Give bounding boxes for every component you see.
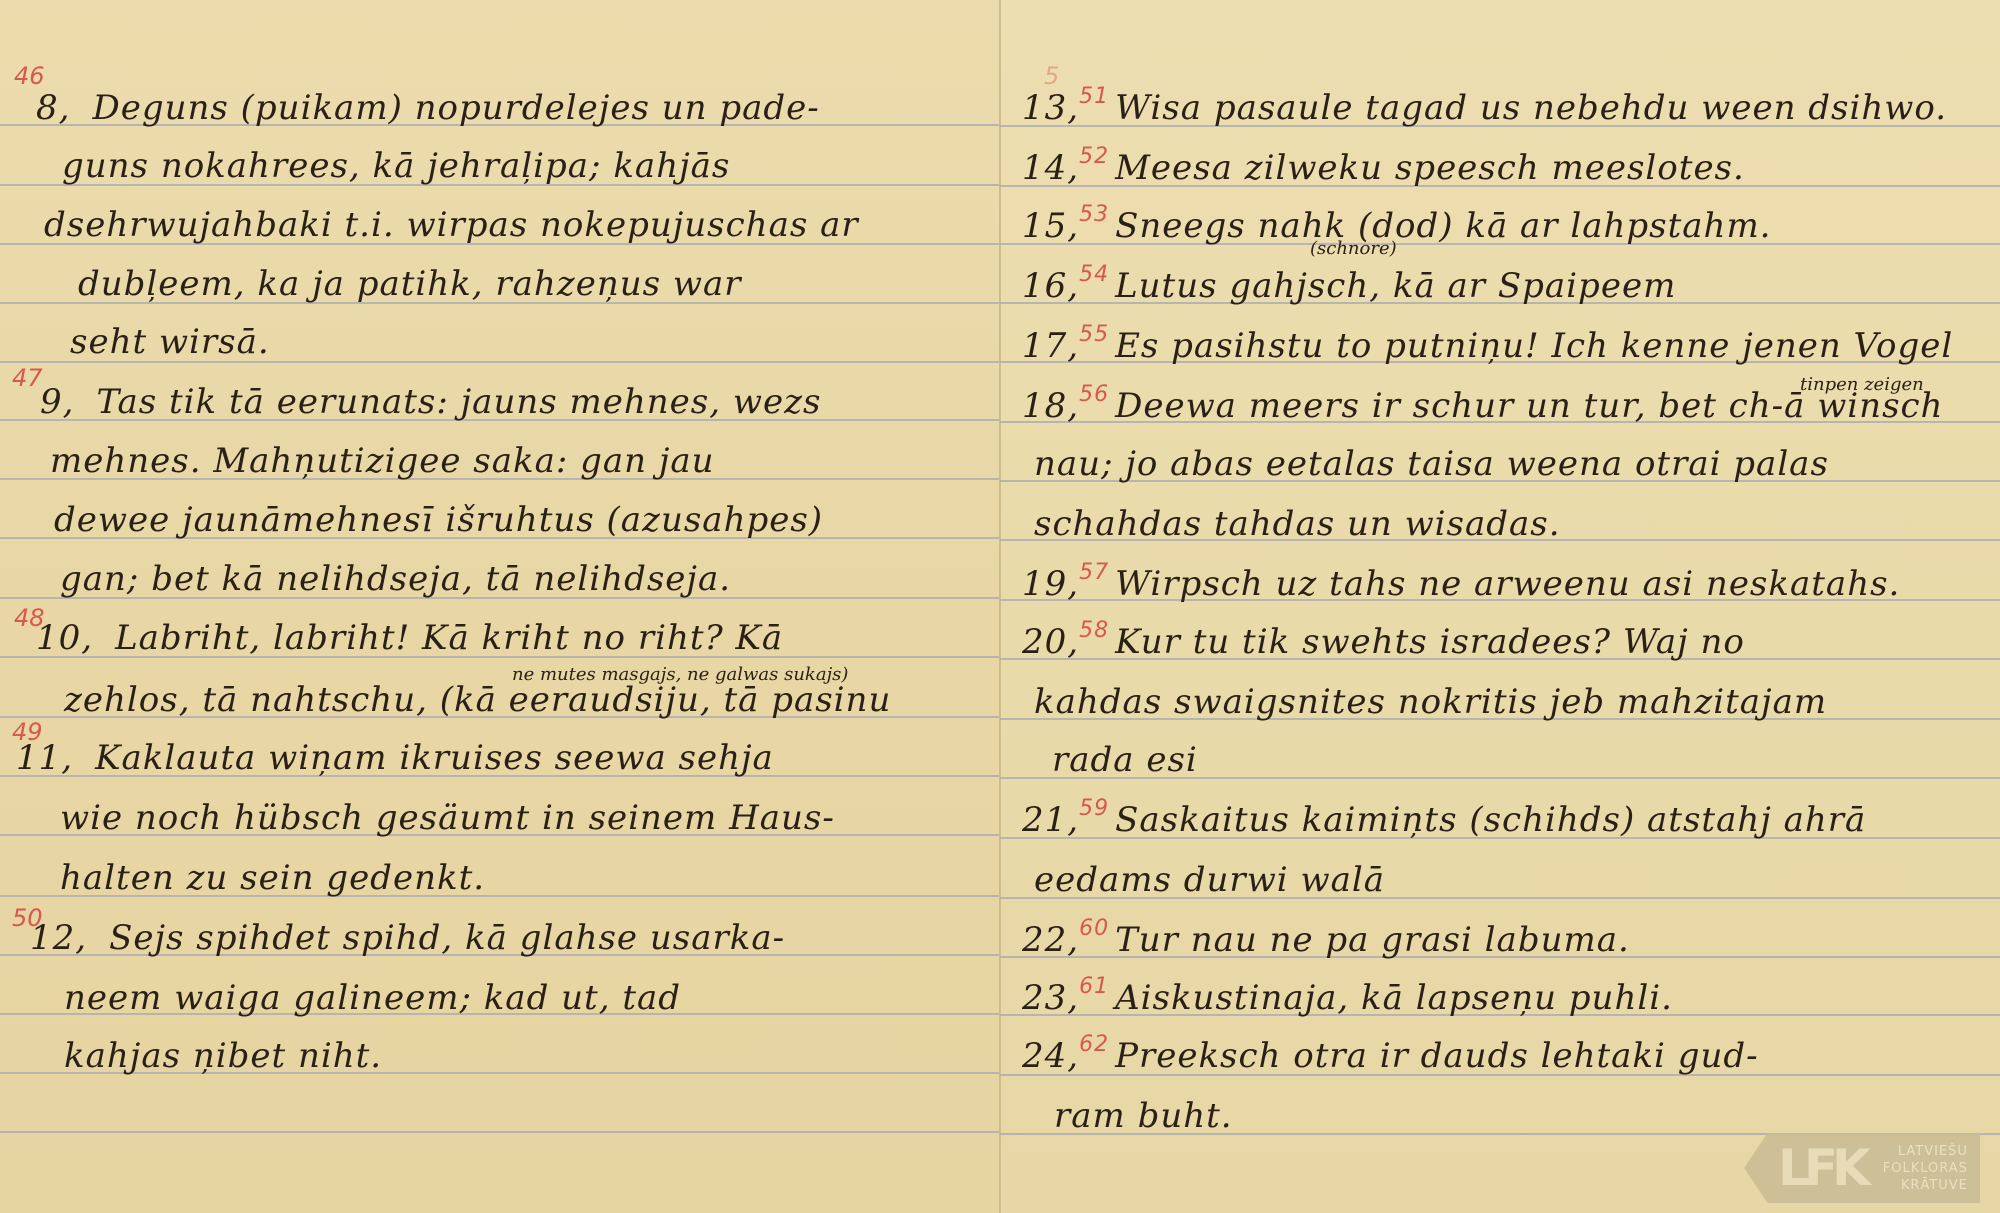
entry-line: gan; bet kā nelihdseja, tā nelihdseja. (60, 559, 731, 599)
watermark-text: LATVIEŠU FOLKLORAS KRĀTUVE (1883, 1143, 1968, 1194)
archive-ref-number: 46 (14, 62, 45, 90)
entry-line: rada esi (1052, 740, 1198, 780)
entry-line: 12,Sejs spihdet spihd, kā glahse usarka- (30, 918, 785, 958)
entry-line: ram buht. (1054, 1096, 1233, 1136)
entry-line: kahdas swaigsnites nokritis jeb mahzitaj… (1034, 682, 1827, 722)
entry-line: 18,56Deewa meers ir schur un tur, bet ch… (1022, 386, 1943, 426)
entry-line: 10,Labriht, labriht! Kā kriht no riht? K… (36, 618, 783, 658)
entry-number: 8, (36, 88, 70, 128)
entry-number: 10, (36, 618, 93, 658)
entry-line: 13,51Wisa pasaule tagad us nebehdu ween … (1022, 88, 1947, 128)
entry-line: wie noch hübsch gesäumt in seinem Haus- (60, 798, 835, 838)
entry-line: seht wirsā. (70, 322, 270, 362)
entry-line: guns nokahrees, kā jehraļipa; kahjās (62, 146, 730, 186)
entry-line: 9,Tas tik tā eerunats: jauns mehnes, wez… (40, 382, 821, 422)
entry-line: 8,Deguns (puikam) nopurdelejes un pade- (36, 88, 820, 128)
entry-line: 15,53Sneegs nahk (dod) kā ar lahpstahm. (1022, 206, 1772, 246)
entry-line: dewee jaunāmehnesī išruhtus (azusahpes) (54, 500, 823, 540)
interlinear-note: (schnore) (1310, 238, 1397, 259)
faded-corner-mark: 5 (1044, 62, 1059, 90)
entry-number: 9, (40, 382, 74, 422)
entry-line: 19,57Wirpsch uz tahs ne arweenu asi nesk… (1022, 564, 1900, 604)
entry-line: 20,58Kur tu tik swehts isradees? Waj no (1022, 622, 1745, 662)
entry-line: 16,54Lutus gahjsch, kā ar Spaipeem (1022, 266, 1676, 306)
entry-line: halten zu sein gedenkt. (60, 858, 485, 898)
entry-line: 23,61Aiskustinaja, kā lapseņu puhli. (1022, 978, 1673, 1018)
entry-line: 17,55Es pasihstu to putniņu! Ich kenne j… (1022, 326, 1953, 366)
entry-line: zehlos, tā nahtschu, (kā eeraudsiju, tā … (64, 680, 891, 720)
archive-ref-number: 47 (12, 364, 43, 392)
ruled-line (0, 1131, 1000, 1133)
entry-line: kahjas ņibet niht. (64, 1036, 382, 1076)
entry-line: 24,62Preeksch otra ir dauds lehtaki gud- (1022, 1036, 1759, 1076)
left-page: 46 8,Deguns (puikam) nopurdelejes un pad… (0, 0, 1000, 1213)
entry-line: 21,59Saskaitus kaimiņts (schihds) atstah… (1022, 800, 1866, 840)
entry-line: eedams durwi walā (1034, 860, 1385, 900)
entry-line: mehnes. Mahņutizigee saka: gan jau (50, 441, 715, 481)
entry-line: 14,52Meesa zilweku speesch meeslotes. (1022, 148, 1745, 188)
manuscript-spread: 46 8,Deguns (puikam) nopurdelejes un pad… (0, 0, 2000, 1213)
entry-line: schahdas tahdas un wisadas. (1034, 504, 1561, 544)
entry-line: 22,60Tur nau ne pa grasi labuma. (1022, 920, 1630, 960)
lfk-logo-icon: LFK (1778, 1139, 1865, 1197)
entry-number: 12, (30, 918, 87, 958)
entry-line: dubļeem, ka ja patihk, rahzeņus war (78, 264, 742, 304)
entry-line: nau; jo abas eetalas taisa weena otrai p… (1034, 444, 1829, 484)
entry-line: 11,Kaklauta wiņam ikruises seewa sehja (16, 738, 774, 778)
archive-watermark-logo: LFK LATVIEŠU FOLKLORAS KRĀTUVE (1744, 1133, 1980, 1203)
entry-line: neem waiga galineem; kad ut, tad (64, 978, 681, 1018)
right-page: 5 13,51Wisa pasaule tagad us nebehdu wee… (1000, 0, 2000, 1213)
entry-line: dsehrwujahbaki t.i. wirpas nokepujuschas… (44, 205, 859, 245)
entry-number: 11, (16, 738, 73, 778)
